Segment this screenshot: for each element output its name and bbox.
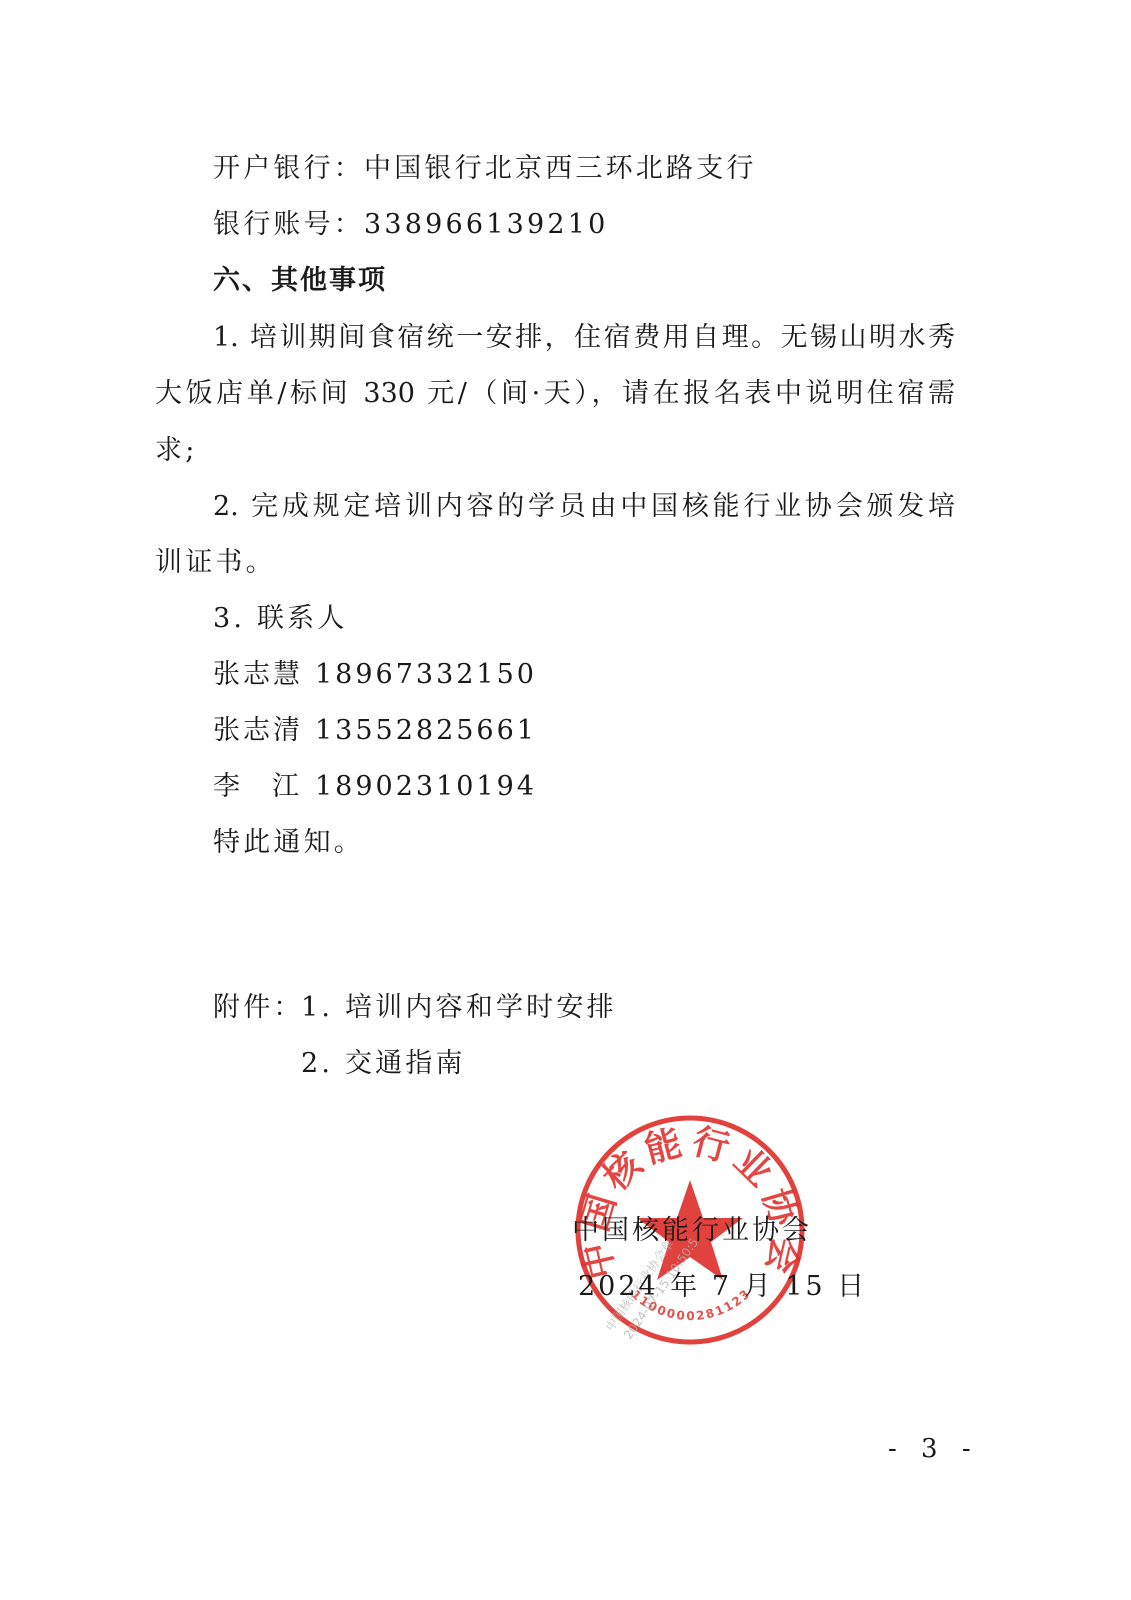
page-number: - 3 - xyxy=(888,1432,979,1466)
contact-row: 张志慧18967332150 xyxy=(213,658,537,692)
contact-name: 张志清 xyxy=(213,714,315,748)
contact-row: 李江18902310194 xyxy=(213,770,537,804)
item1-line1: 1. 培训期间食宿统一安排，住宿费用自理。无锡山明水秀 xyxy=(213,321,955,355)
contact-name: 张志慧 xyxy=(213,658,315,692)
attachment-line-2: 2. 交通指南 xyxy=(301,1047,466,1081)
contact-name: 李江 xyxy=(213,770,299,804)
item3-contacts-label: 3. 联系人 xyxy=(213,602,348,636)
section-heading-other-matters: 六、其他事项 xyxy=(213,264,387,298)
item2-line2: 训证书。 xyxy=(155,546,276,580)
closing-text: 特此通知。 xyxy=(213,826,364,860)
item1-line3: 求; xyxy=(155,434,198,468)
contact-row: 张志清13552825661 xyxy=(213,714,537,748)
contact-phone: 13552825661 xyxy=(315,715,537,746)
bank-account-label: 银行账号： xyxy=(213,209,364,240)
attachment-item: 2. 交通指南 xyxy=(301,1048,466,1079)
attachment-item: 1. 培训内容和学时安排 xyxy=(301,992,617,1023)
item1-line2: 大饭店单/标间 330 元/（间·天），请在报名表中说明住宿需 xyxy=(155,377,955,411)
attachment-line-1: 附件：1. 培训内容和学时安排 xyxy=(213,991,617,1025)
bank-name-line: 开户银行：中国银行北京西三环北路支行 xyxy=(213,152,757,186)
bank-account-line: 银行账号：338966139210 xyxy=(213,208,609,242)
bank-name-value: 中国银行北京西三环北路支行 xyxy=(364,153,757,184)
signature-date: 2024 年 7 月 15 日 xyxy=(578,1270,867,1304)
contact-phone: 18902310194 xyxy=(315,771,537,802)
contact-name-last: 江 xyxy=(272,770,299,804)
bank-account-value: 338966139210 xyxy=(364,209,609,240)
signature-organization: 中国核能行业协会 xyxy=(572,1214,812,1248)
item2-line1: 2. 完成规定培训内容的学员由中国核能行业协会颁发培 xyxy=(213,490,955,524)
contact-phone: 18967332150 xyxy=(315,659,537,690)
contact-name-first: 李 xyxy=(213,770,240,804)
document-page: 开户银行：中国银行北京西三环北路支行 银行账号：338966139210 六、其… xyxy=(0,0,1131,1600)
bank-name-label: 开户银行： xyxy=(213,153,364,184)
attachments-label: 附件： xyxy=(213,991,301,1025)
